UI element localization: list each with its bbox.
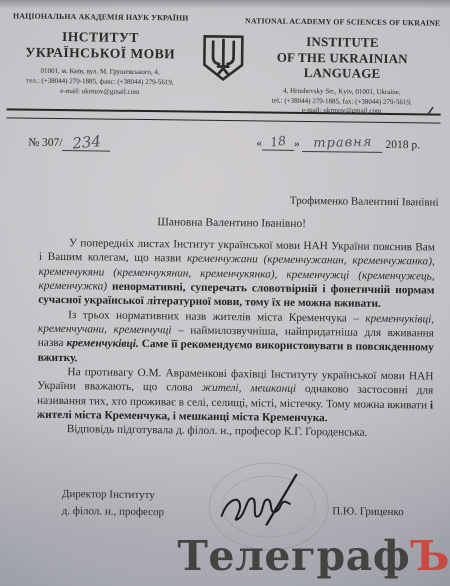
paragraph-3: На противагу О.М. Авраменкові фахівці Ін… <box>37 365 434 427</box>
signer-title: Директор Інституту д. філол. н., професо… <box>62 486 165 520</box>
salutation: Шановна Валентино Іванівно! <box>157 216 306 230</box>
institute-name-uk: ІНСТИТУТ УКРАЇНСЬКОЇ МОВИ <box>3 28 197 63</box>
date-line: «18» травня 2018 р. <box>256 134 420 153</box>
watermark-text: Телеграф <box>177 532 410 580</box>
reference-number-handwritten: 234 <box>72 132 102 153</box>
reference-line: № 307/234 «18» травня 2018 р. <box>0 121 448 160</box>
letterhead-right: NATIONAL ACADEMY OF SCIENCES OF UKRAINE … <box>237 16 448 118</box>
academy-name-en: NATIONAL ACADEMY OF SCIENCES OF UKRAINE <box>238 16 448 28</box>
signatory-name: П.Ю. Гриценко <box>332 505 404 518</box>
date-quote-close: » <box>294 138 300 150</box>
paragraph-1: У попередніх листах Інститут української… <box>38 236 435 313</box>
scanned-letter-photo: НАЦІОНАЛЬНА АКАДЕМІЯ НАУК УКРАЇНИ ІНСТИТ… <box>0 0 450 586</box>
addressee: Трофименко Валентині Іванівні <box>290 195 439 209</box>
reference-number-blank: 234 <box>62 132 110 152</box>
academy-name-uk: НАЦІОНАЛЬНА АКАДЕМІЯ НАУК УКРАЇНИ <box>4 11 198 22</box>
ink-mark <box>428 101 434 109</box>
signer-title-line1: Директор Інституту <box>62 486 165 504</box>
contacts-uk: 01001, м. Київ, вул. М. Грушевського, 4,… <box>3 67 197 99</box>
letter-document: НАЦІОНАЛЬНА АКАДЕМІЯ НАУК УКРАЇНИ ІНСТИТ… <box>0 0 450 586</box>
handwritten-signature-icon <box>215 468 326 535</box>
letter-body: У попередніх листах Інститут української… <box>37 236 435 442</box>
date-day-handwritten: 18 <box>269 133 287 150</box>
date-month-handwritten: травня <box>313 135 372 151</box>
watermark-suffix: Ъ <box>410 532 450 580</box>
institute-name-uk-line2: УКРАЇНСЬКОЇ МОВИ <box>3 44 197 63</box>
date-year-label: 2018 р. <box>385 139 420 151</box>
telegraf-watermark: ТелеграфЪ <box>177 536 450 577</box>
reference-number: № 307/234 <box>28 132 111 152</box>
letterhead-left: НАЦІОНАЛЬНА АКАДЕМІЯ НАУК УКРАЇНИ ІНСТИТ… <box>3 11 198 98</box>
signer-title-line2: д. філол. н., професор <box>62 503 165 521</box>
institute-name-en: INSTITUTE OF THE UKRAINIAN LANGUAGE <box>237 33 448 82</box>
institute-name-en-line2: OF THE UKRAINIAN LANGUAGE <box>237 49 447 83</box>
paragraph-2: Із трьох нормативних назв жителів міста … <box>38 307 435 369</box>
date-month-blank: травня <box>303 136 383 153</box>
date-day-blank: 18 <box>262 134 294 150</box>
reference-number-label: № 307/ <box>28 137 62 149</box>
